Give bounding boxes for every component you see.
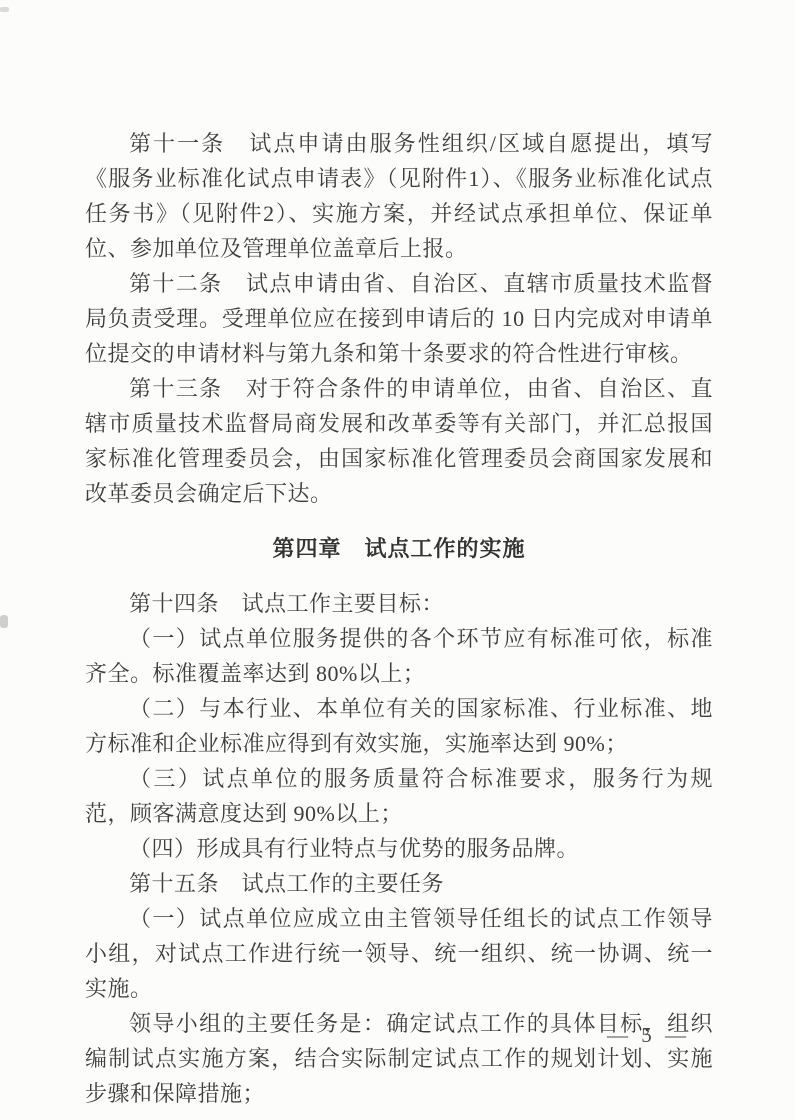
paragraph-goal-1: （一）试点单位服务提供的各个环节应有标准可依，标准齐全。标准覆盖率达到 80%以… (85, 621, 713, 691)
paragraph-article-13: 第十三条 对于符合条件的申请单位，由省、自治区、直辖市质量技术监督局商发展和改革… (85, 371, 713, 511)
scan-artifact (0, 615, 8, 628)
paragraph-goal-2: （二）与本行业、本单位有关的国家标准、行业标准、地方标准和企业标准应得到有效实施… (85, 691, 713, 761)
document-page: 第十一条 试点申请由服务性组织/区域自愿提出，填写《服务业标准化试点申请表》（见… (0, 0, 795, 1120)
chapter-heading: 第四章 试点工作的实施 (85, 531, 713, 566)
paragraph-goal-4: （四）形成具有行业特点与优势的服务品牌。 (85, 831, 713, 866)
paragraph-article-12: 第十二条 试点申请由省、自治区、直辖市质量技术监督局负责受理。受理单位应在接到申… (85, 266, 713, 371)
paragraph-task-1: （一）试点单位应成立由主管领导任组长的试点工作领导小组，对试点工作进行统一领导、… (85, 901, 713, 1006)
paragraph-article-11: 第十一条 试点申请由服务性组织/区域自愿提出，填写《服务业标准化试点申请表》（见… (85, 126, 713, 266)
document-body: 第十一条 试点申请由服务性组织/区域自愿提出，填写《服务业标准化试点申请表》（见… (85, 126, 713, 1111)
paragraph-goal-3: （三）试点单位的服务质量符合标准要求，服务行为规范，顾客满意度达到 90%以上； (85, 761, 713, 831)
paragraph-article-14: 第十四条 试点工作主要目标： (85, 586, 713, 621)
page-number: — 5 — (607, 1020, 690, 1050)
scan-artifact (0, 7, 9, 12)
paragraph-article-15: 第十五条 试点工作的主要任务 (85, 866, 713, 901)
